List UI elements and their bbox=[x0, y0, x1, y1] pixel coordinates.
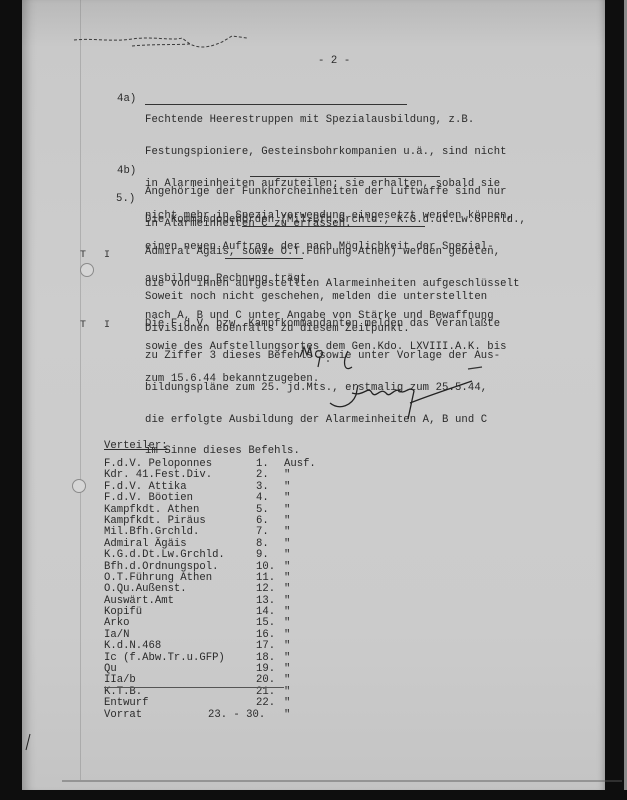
copy-note: " bbox=[284, 697, 290, 709]
top-strikethrough-scribble-icon bbox=[72, 30, 262, 52]
copy-number: 21. bbox=[256, 686, 275, 698]
copy-note: " bbox=[284, 606, 290, 618]
recipient-name: F.d.V. Peloponnes bbox=[104, 458, 212, 470]
paragraph-line: Admiral Ägäis, sowie O.T.Führung Athen) … bbox=[145, 247, 526, 258]
copy-number: 9. bbox=[256, 549, 269, 561]
copy-note: " bbox=[284, 538, 290, 550]
recipient-name: Kopifü bbox=[104, 606, 142, 618]
recipient-name: Ia/N bbox=[104, 629, 129, 641]
underline-4a bbox=[145, 104, 407, 105]
copy-number: 8. bbox=[256, 538, 269, 550]
underline-5a bbox=[242, 226, 425, 227]
distribution-row: K.T.B.21." bbox=[104, 686, 168, 697]
distribution-title: Verteiler: bbox=[104, 440, 168, 452]
recipient-name: Admiral Ägäis bbox=[104, 538, 187, 550]
distribution-row: Ia/N16." bbox=[104, 629, 168, 640]
copy-note: " bbox=[284, 561, 290, 573]
copy-number: 2. bbox=[256, 469, 269, 481]
copy-number: 5. bbox=[256, 504, 269, 516]
recipient-name: Kampfkdt. Piräus bbox=[104, 515, 206, 527]
margin-mark-ti: T I bbox=[80, 250, 116, 261]
distribution-row: Qu19." bbox=[104, 663, 168, 674]
copy-note: " bbox=[284, 652, 290, 664]
distribution-row: Entwurf22." bbox=[104, 697, 168, 708]
copy-number: 13. bbox=[256, 595, 275, 607]
distribution-row: O.T.Führung Athen11." bbox=[104, 572, 168, 583]
copy-note: " bbox=[284, 469, 290, 481]
copy-number: 18. bbox=[256, 652, 275, 664]
copy-note: " bbox=[284, 504, 290, 516]
recipient-name: F.d.V. Attika bbox=[104, 481, 187, 493]
punch-hole-icon bbox=[80, 263, 94, 277]
distribution-row: K.G.d.Dt.Lw.Grchld.9." bbox=[104, 549, 168, 560]
copy-number: 4. bbox=[256, 492, 269, 504]
page-number: - 2 - bbox=[318, 56, 350, 67]
paragraph-label-5: 5.) bbox=[116, 194, 135, 205]
distribution-row: Kampfkdt. Athen5." bbox=[104, 504, 168, 515]
recipient-name: Vorrat bbox=[104, 709, 142, 721]
recipient-name: F.d.V. Böotien bbox=[104, 492, 193, 504]
margin-mark-ti: T I bbox=[80, 320, 116, 331]
distribution-row: F.d.V. Peloponnes1.Ausf. bbox=[104, 458, 168, 469]
copy-note: " bbox=[284, 492, 290, 504]
copy-note: " bbox=[284, 572, 290, 584]
distribution-row: Arko15." bbox=[104, 617, 168, 628]
paragraph-line: im Sinne dieses Befehls. bbox=[145, 446, 500, 457]
distribution-row: F.d.V. Attika3." bbox=[104, 481, 168, 492]
distribution-row: Auswärt.Amt13." bbox=[104, 595, 168, 606]
distribution-row: Kampfkdt. Piräus6." bbox=[104, 515, 168, 526]
distribution-row: Vorrat23. - 30." bbox=[104, 709, 168, 720]
paragraph-line: Die F.d.V. bzw. Kampfkommandanten melden… bbox=[145, 319, 500, 330]
copy-note: " bbox=[284, 674, 290, 686]
copy-number: 16. bbox=[256, 629, 275, 641]
distribution-row: Kopifü14." bbox=[104, 606, 168, 617]
handwritten-signature-icon bbox=[290, 345, 490, 425]
copy-note: " bbox=[284, 617, 290, 629]
paragraph-label-4a: 4a) bbox=[117, 94, 136, 105]
copy-number: 17. bbox=[256, 640, 275, 652]
copy-number: 11. bbox=[256, 572, 275, 584]
page-bottom-edge bbox=[62, 780, 622, 782]
recipient-name: O.Qu.Außenst. bbox=[104, 583, 187, 595]
pen-stroke-mark-icon bbox=[24, 733, 32, 751]
recipient-name: Kampfkdt. Athen bbox=[104, 504, 199, 516]
recipient-name: Arko bbox=[104, 617, 129, 629]
recipient-name: Entwurf bbox=[104, 697, 149, 709]
distribution-row: Mil.Bfh.Grchld.7." bbox=[104, 526, 168, 537]
copy-number: 10. bbox=[256, 561, 275, 573]
copy-note: " bbox=[284, 549, 290, 561]
copy-note: " bbox=[284, 515, 290, 527]
distribution-row: Kdr. 41.Fest.Div.2." bbox=[104, 469, 168, 480]
copy-note: " bbox=[284, 481, 290, 493]
recipient-name: IIa/b bbox=[104, 674, 136, 686]
recipient-name: O.T.Führung Athen bbox=[104, 572, 212, 584]
copy-note: " bbox=[284, 640, 290, 652]
distribution-row: IIa/b20." bbox=[104, 674, 168, 685]
recipient-name: Mil.Bfh.Grchld. bbox=[104, 526, 199, 538]
recipient-name: Bfh.d.Ordnungspol. bbox=[104, 561, 218, 573]
recipient-name: K.G.d.Dt.Lw.Grchld. bbox=[104, 549, 225, 561]
copy-note: " bbox=[284, 663, 290, 675]
copy-number: 22. bbox=[256, 697, 275, 709]
copy-number: 19. bbox=[256, 663, 275, 675]
paragraph-line: Festungspioniere, Gesteinsbohrkompanien … bbox=[145, 147, 513, 158]
distribution-row: Admiral Ägäis8." bbox=[104, 538, 168, 549]
paragraph-label-4b: 4b) bbox=[117, 166, 136, 177]
punch-hole-icon bbox=[72, 479, 86, 493]
distribution-list: Verteiler: F.d.V. Peloponnes1.Ausf. Kdr.… bbox=[104, 440, 168, 720]
underline-5b bbox=[225, 258, 303, 259]
copy-note: " bbox=[284, 686, 290, 698]
copy-number: 3. bbox=[256, 481, 269, 493]
distribution-row: Bfh.d.Ordnungspol.10." bbox=[104, 561, 168, 572]
copy-note: " bbox=[284, 709, 290, 721]
paragraph-line: Die Kommandobehörden (Mil.Bfh.Grchld., K… bbox=[145, 215, 526, 226]
recipient-name: Ic (f.Abw.Tr.u.GFP) bbox=[104, 652, 225, 664]
copy-note: " bbox=[284, 595, 290, 607]
underline-4b bbox=[250, 176, 440, 177]
copy-number: 7. bbox=[256, 526, 269, 538]
recipient-name: K.T.B. bbox=[104, 686, 142, 698]
copy-number: 6. bbox=[256, 515, 269, 527]
recipient-name: Kdr. 41.Fest.Div. bbox=[104, 469, 212, 481]
distribution-row: F.d.V. Böotien4." bbox=[104, 492, 168, 503]
copy-note: " bbox=[284, 583, 290, 595]
copy-note: Ausf. bbox=[284, 458, 316, 470]
recipient-name: K.d.N.468 bbox=[104, 640, 161, 652]
copy-note: " bbox=[284, 629, 290, 641]
distribution-row: O.Qu.Außenst.12." bbox=[104, 583, 168, 594]
copy-number: 12. bbox=[256, 583, 275, 595]
page-fold-line bbox=[80, 0, 81, 780]
recipient-name: Qu bbox=[104, 663, 117, 675]
copy-number: 14. bbox=[256, 606, 275, 618]
copy-number: 23. - 30. bbox=[208, 709, 265, 721]
recipient-name: Auswärt.Amt bbox=[104, 595, 174, 607]
paragraph-line: Fechtende Heerestruppen mit Spezialausbi… bbox=[145, 115, 513, 126]
copy-number: 20. bbox=[256, 674, 275, 686]
copy-note: " bbox=[284, 526, 290, 538]
copy-number: 15. bbox=[256, 617, 275, 629]
distribution-row: K.d.N.46817." bbox=[104, 640, 168, 651]
copy-number: 1. bbox=[256, 458, 269, 470]
distribution-row: Ic (f.Abw.Tr.u.GFP)18." bbox=[104, 652, 168, 663]
